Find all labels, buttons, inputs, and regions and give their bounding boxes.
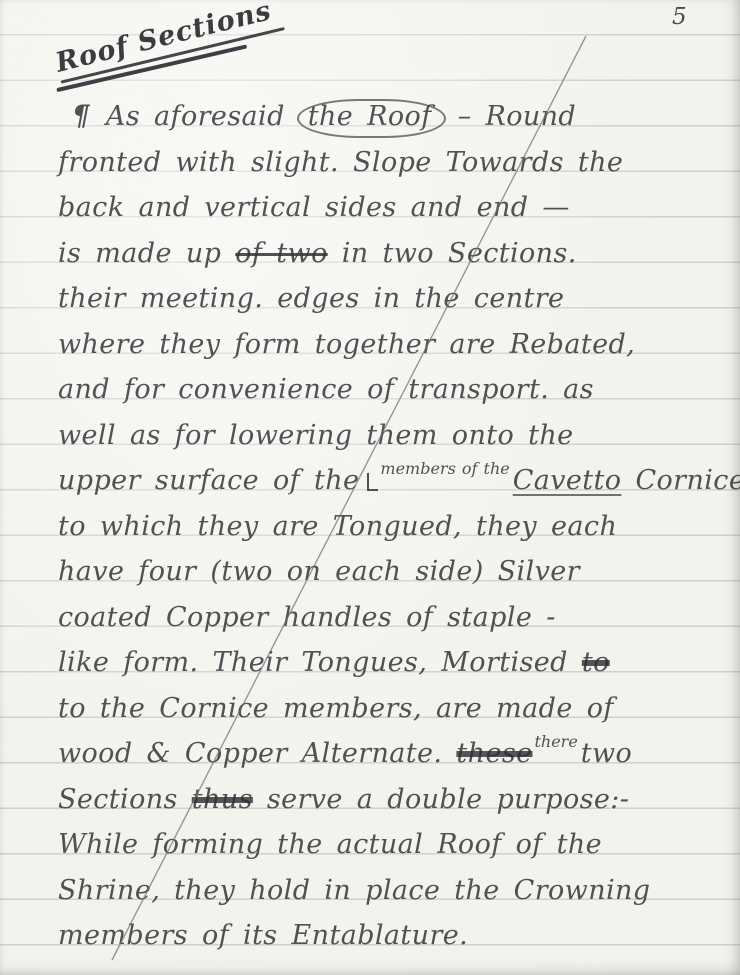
text-segment: there — [534, 719, 577, 765]
text-segment: wood & Copper Alternate. — [58, 738, 456, 769]
manuscript-line: like form. Their Tongues, Mortised to — [58, 640, 726, 686]
manuscript-line: coated Copper handles of staple - — [58, 595, 726, 641]
manuscript-line: and for convenience of transport. as — [58, 367, 726, 413]
paragraph-mark: ¶ — [72, 100, 106, 132]
text-segment: Cornice, — [621, 465, 740, 496]
text-segment: thus — [192, 784, 253, 815]
text-segment: upper surface of the — [58, 465, 359, 496]
text-segment: members of its Entablature. — [58, 920, 468, 951]
text-segment: Shrine, they hold in place the Crowning — [58, 875, 651, 906]
insertion-caret-mark — [367, 473, 378, 491]
text-segment: coated Copper handles of staple - — [58, 602, 556, 633]
text-segment: As aforesaid — [106, 101, 299, 132]
text-segment: – Round — [444, 101, 577, 132]
manuscript-line: wood & Copper Alternate. thesetheretwo — [58, 731, 726, 777]
text-segment: is made up — [58, 238, 235, 269]
text-segment: Sections — [58, 784, 192, 815]
text-segment: like form. Their Tongues, Mortised — [58, 647, 582, 678]
text-segment: where they form together are Rebated, — [58, 329, 635, 360]
manuscript-line: While forming the actual Roof of the — [58, 822, 726, 868]
text-segment: of two — [235, 238, 327, 269]
manuscript-line: to which they are Tongued, they each — [58, 504, 726, 550]
manuscript-line: to the Cornice members, are made of — [58, 686, 726, 732]
manuscript-line: where they form together are Rebated, — [58, 322, 726, 368]
text-segment: their meeting. edges in the centre — [58, 283, 564, 314]
text-segment: fronted with slight. Slope Towards the — [58, 147, 623, 178]
text-segment: these — [456, 738, 532, 769]
manuscript-line: back and vertical sides and end — — [58, 185, 726, 231]
text-segment: in two Sections. — [328, 238, 577, 269]
manuscript-line: Sections thus serve a double purpose:- — [58, 777, 726, 823]
manuscript-line: members of its Entablature. — [58, 913, 726, 959]
text-segment: to the Cornice members, are made of — [58, 693, 614, 724]
text-segment: two — [581, 738, 632, 769]
manuscript-line: Shrine, they hold in place the Crowning — [58, 868, 726, 914]
manuscript-line: is made up of two in two Sections. — [58, 231, 726, 277]
manuscript-line: have four (two on each side) Silver — [58, 549, 726, 595]
text-segment: members of the — [380, 446, 509, 492]
section-header: Roof Sections — [53, 0, 278, 92]
manuscript-line: ¶As aforesaid the Roof – Round — [58, 94, 726, 140]
manuscript-line: their meeting. edges in the centre — [58, 276, 726, 322]
text-segment: serve a double purpose:- — [253, 784, 629, 815]
text-segment: While forming the actual Roof of the — [58, 829, 602, 860]
text-segment: the Roof — [297, 99, 446, 138]
text-segment: Cavetto — [513, 465, 622, 496]
text-segment: to — [582, 647, 610, 678]
manuscript-line: upper surface of themembers of theCavett… — [58, 458, 726, 504]
text-segment: back and vertical sides and end — — [58, 192, 570, 223]
manuscript-line: fronted with slight. Slope Towards the — [58, 140, 726, 186]
manuscript-page: Roof Sections 5 ¶As aforesaid the Roof –… — [0, 0, 740, 975]
manuscript-body: ¶As aforesaid the Roof – Roundfronted wi… — [58, 94, 726, 959]
page-number: 5 — [672, 4, 687, 30]
text-segment: to which they are Tongued, they each — [58, 511, 617, 542]
text-segment: have four (two on each side) Silver — [58, 556, 580, 587]
text-segment: and for convenience of transport. as — [58, 374, 594, 405]
